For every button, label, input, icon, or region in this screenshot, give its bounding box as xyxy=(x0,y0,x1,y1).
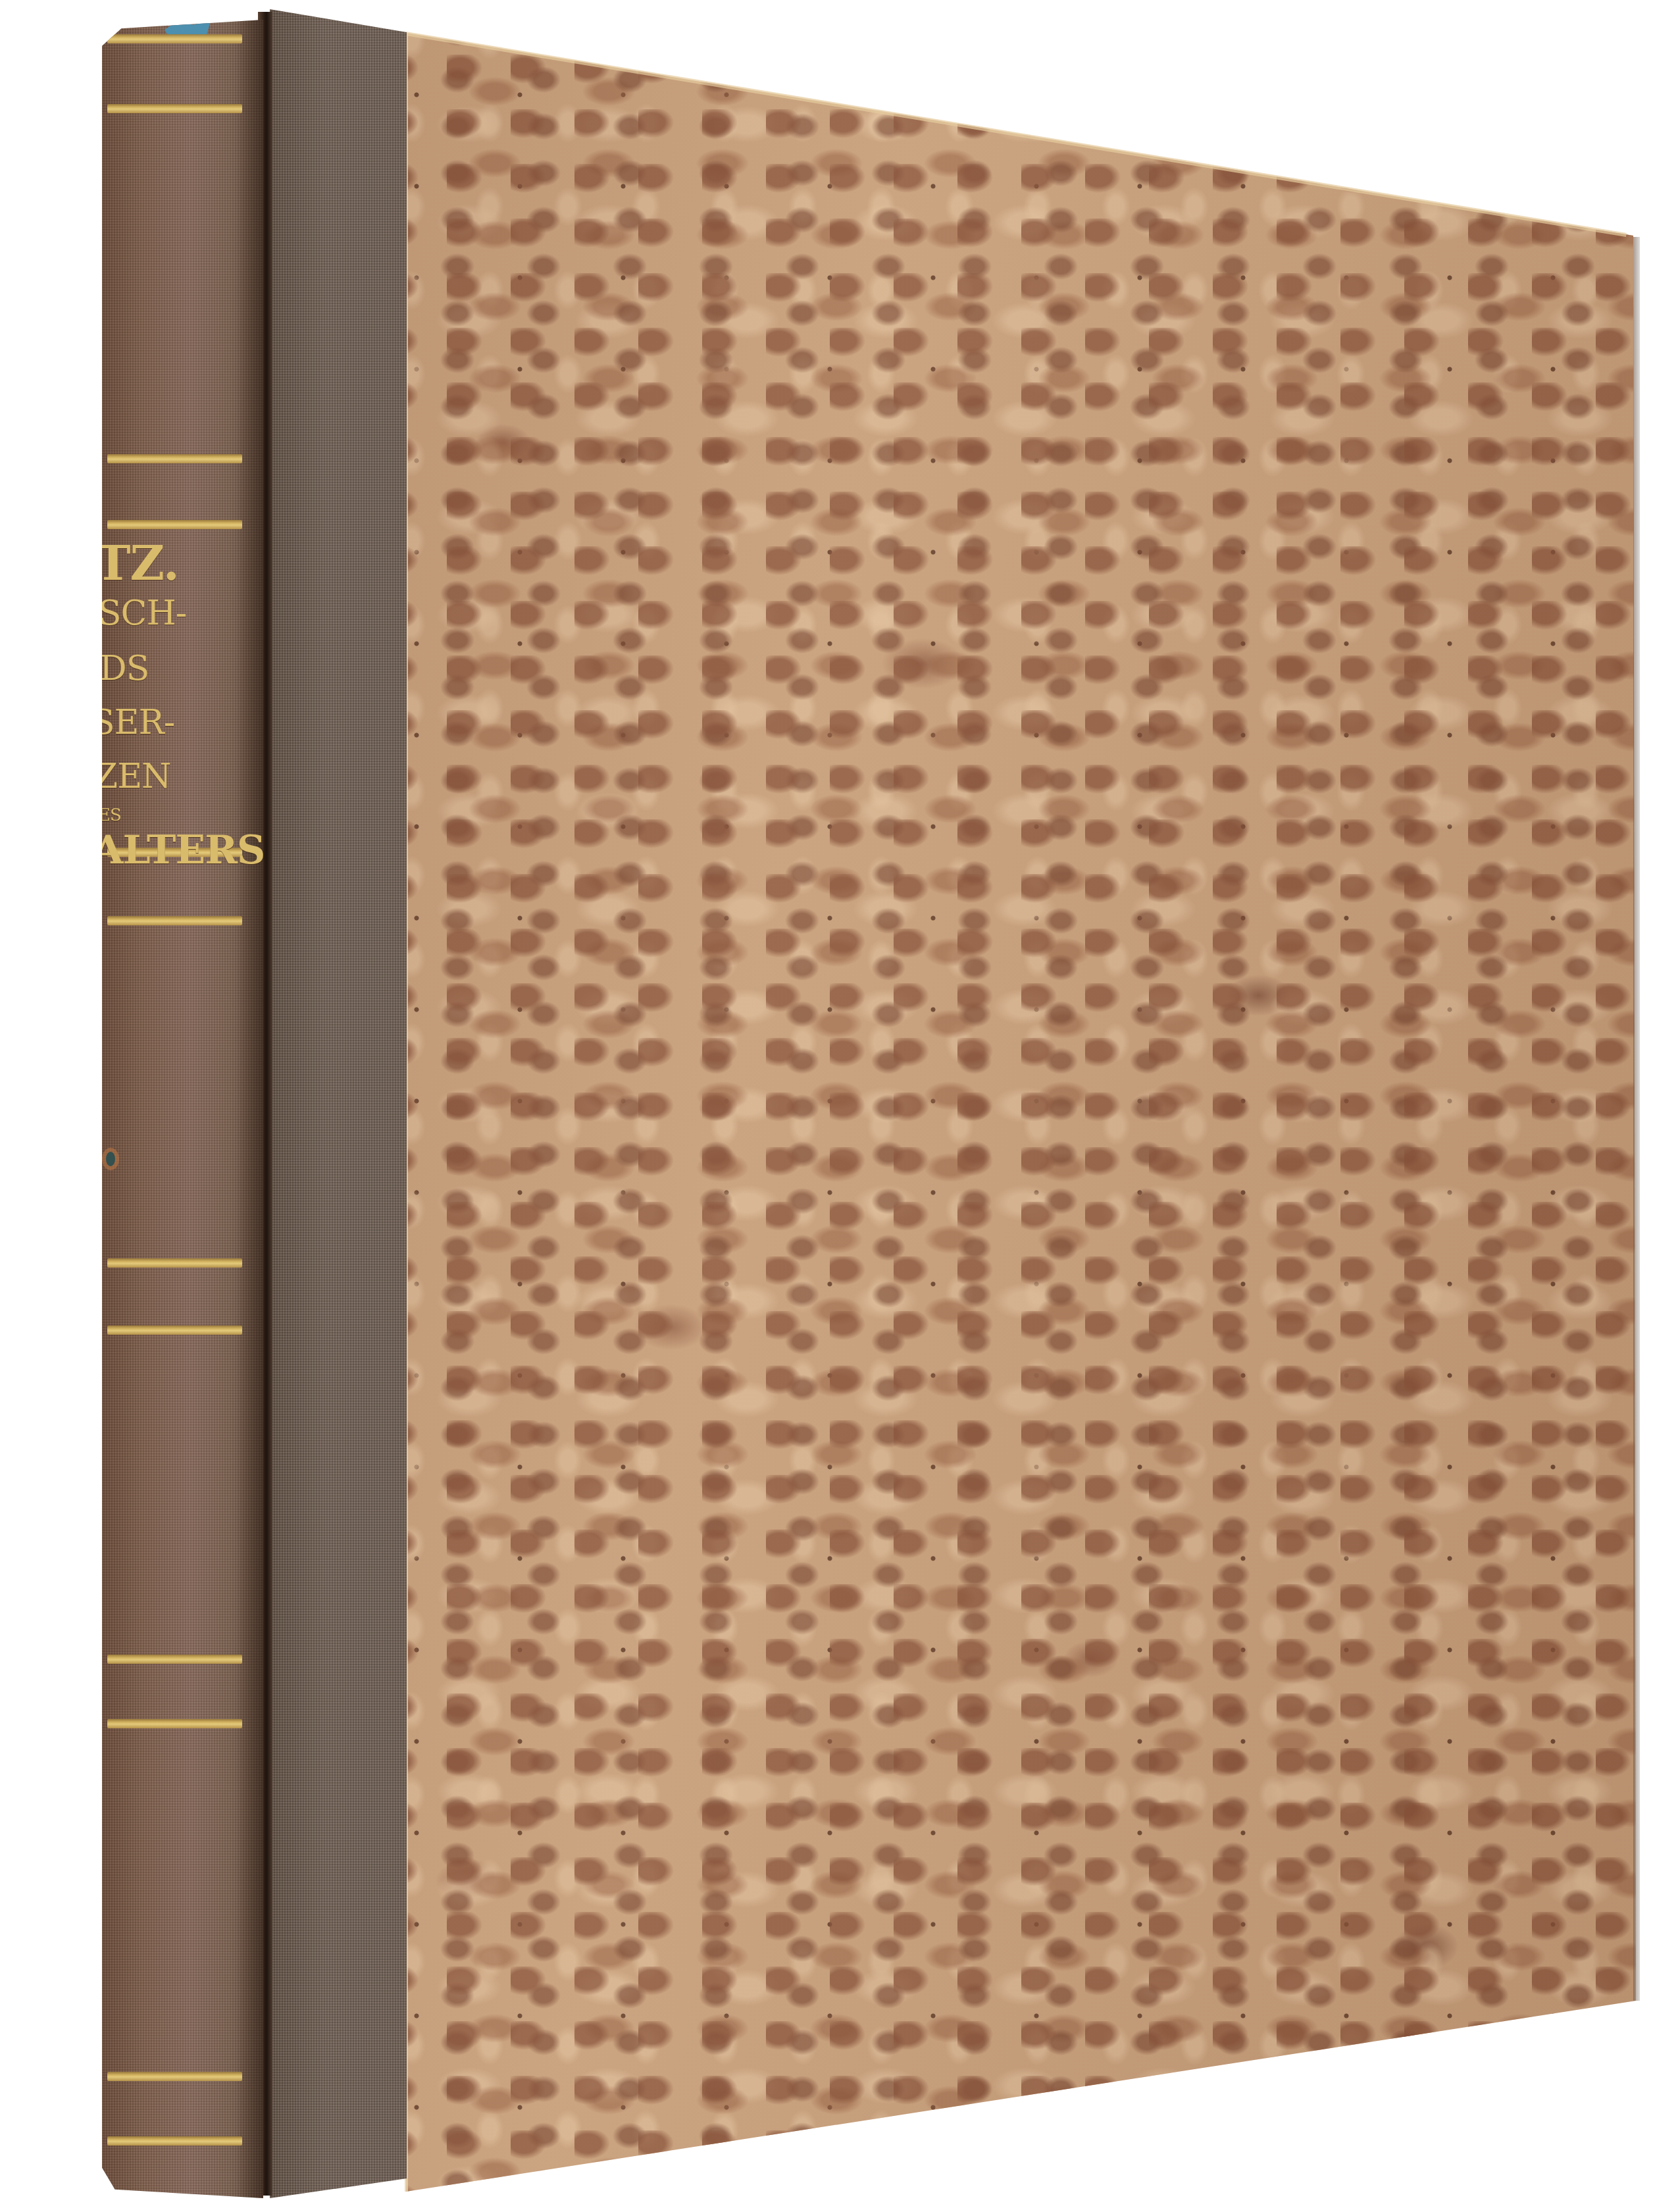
spine-title-line: ALTERS. xyxy=(93,831,240,870)
board-right-edge xyxy=(1633,237,1640,2001)
gilt-band xyxy=(107,1258,242,1268)
spine-title-line: DS xyxy=(99,652,240,686)
spine-title-line: ZEN xyxy=(94,759,240,794)
cloth-strip xyxy=(270,9,407,2198)
spine-title-line: ES xyxy=(98,807,240,824)
book: TZ. SCH- DS SER- ZEN ES ALTERS. xyxy=(0,0,1678,2212)
spine-title-line: SCH- xyxy=(98,596,240,630)
spine-title-line: TZ. xyxy=(95,540,240,587)
gilt-band xyxy=(107,1655,242,1664)
book-spine: TZ. SCH- DS SER- ZEN ES ALTERS. xyxy=(102,20,263,2198)
gilt-band xyxy=(107,2136,242,2146)
spine-title: TZ. SCH- DS SER- ZEN ES ALTERS. xyxy=(102,540,240,870)
gilt-band xyxy=(107,520,242,529)
gilt-band xyxy=(107,2072,242,2081)
gilt-band xyxy=(107,104,242,113)
spine-title-line: SER- xyxy=(91,706,240,740)
gilt-band xyxy=(107,916,242,925)
spine-shading xyxy=(237,20,263,2198)
spine-stain xyxy=(106,1152,115,1166)
gilt-band xyxy=(107,1719,242,1728)
gilt-band xyxy=(107,1325,242,1335)
gilt-band xyxy=(107,454,242,463)
gilt-band xyxy=(107,34,242,43)
